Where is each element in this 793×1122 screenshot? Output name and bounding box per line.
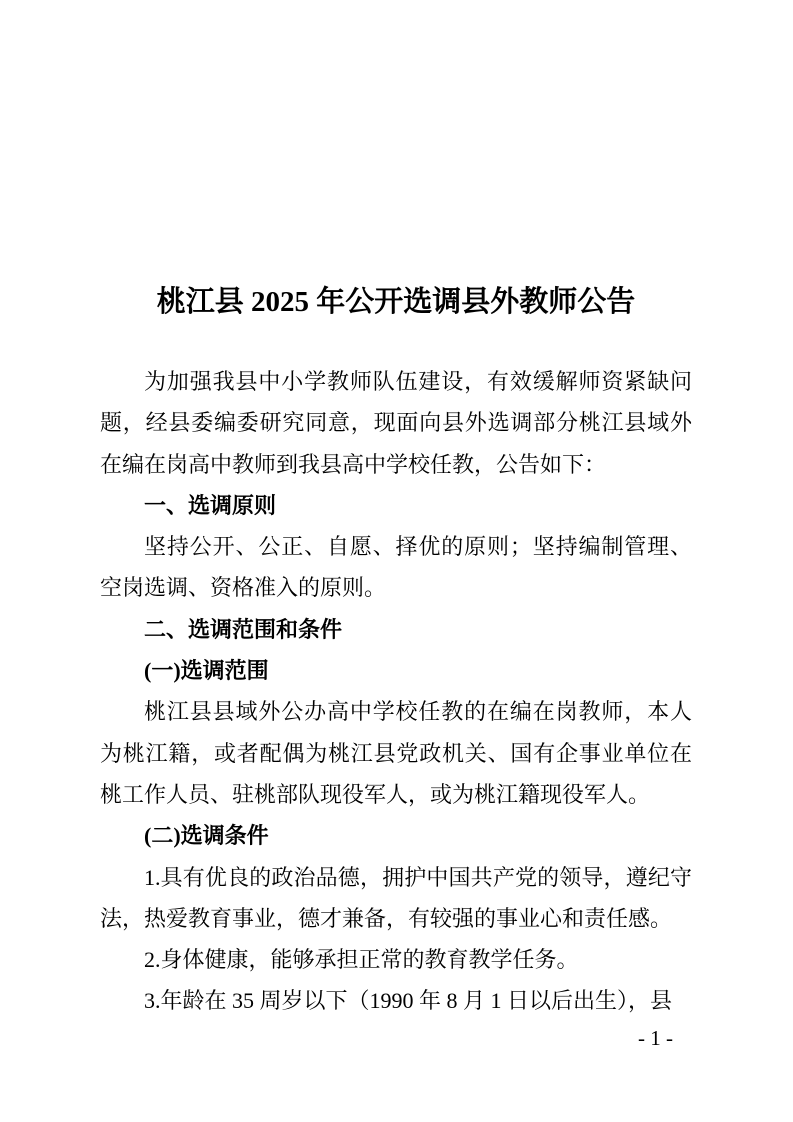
section-2-heading: 二、选调范围和条件	[100, 609, 692, 650]
section-2-sub-1-heading: (一)选调范围	[100, 650, 692, 691]
document-page: 桃江县 2025 年公开选调县外教师公告 为加强我县中小学教师队伍建设，有效缓解…	[0, 0, 793, 1122]
section-1-paragraph: 坚持公开、公正、自愿、择优的原则；坚持编制管理、空岗选调、资格准入的原则。	[100, 526, 692, 609]
section-1-heading: 一、选调原则	[100, 485, 692, 526]
section-2-sub-2-heading: (二)选调条件	[100, 815, 692, 856]
section-2-sub-1-paragraph: 桃江县县域外公办高中学校任教的在编在岗教师，本人为桃江籍，或者配偶为桃江县党政机…	[100, 691, 692, 815]
condition-1-paragraph: 1.具有优良的政治品德，拥护中国共产党的领导，遵纪守法，热爱教育事业，德才兼备，…	[100, 857, 692, 940]
condition-3-paragraph: 3.年龄在 35 周岁以下（1990 年 8 月 1 日以后出生），县	[100, 980, 692, 1021]
document-body: 为加强我县中小学教师队伍建设，有效缓解师资紧缺问题，经县委编委研究同意，现面向县…	[100, 361, 692, 1022]
page-number: - 1 -	[638, 1022, 673, 1054]
intro-paragraph: 为加强我县中小学教师队伍建设，有效缓解师资紧缺问题，经县委编委研究同意，现面向县…	[100, 361, 692, 485]
document-title: 桃江县 2025 年公开选调县外教师公告	[100, 280, 692, 324]
condition-2-paragraph: 2.身体健康，能够承担正常的教育教学任务。	[100, 939, 692, 980]
